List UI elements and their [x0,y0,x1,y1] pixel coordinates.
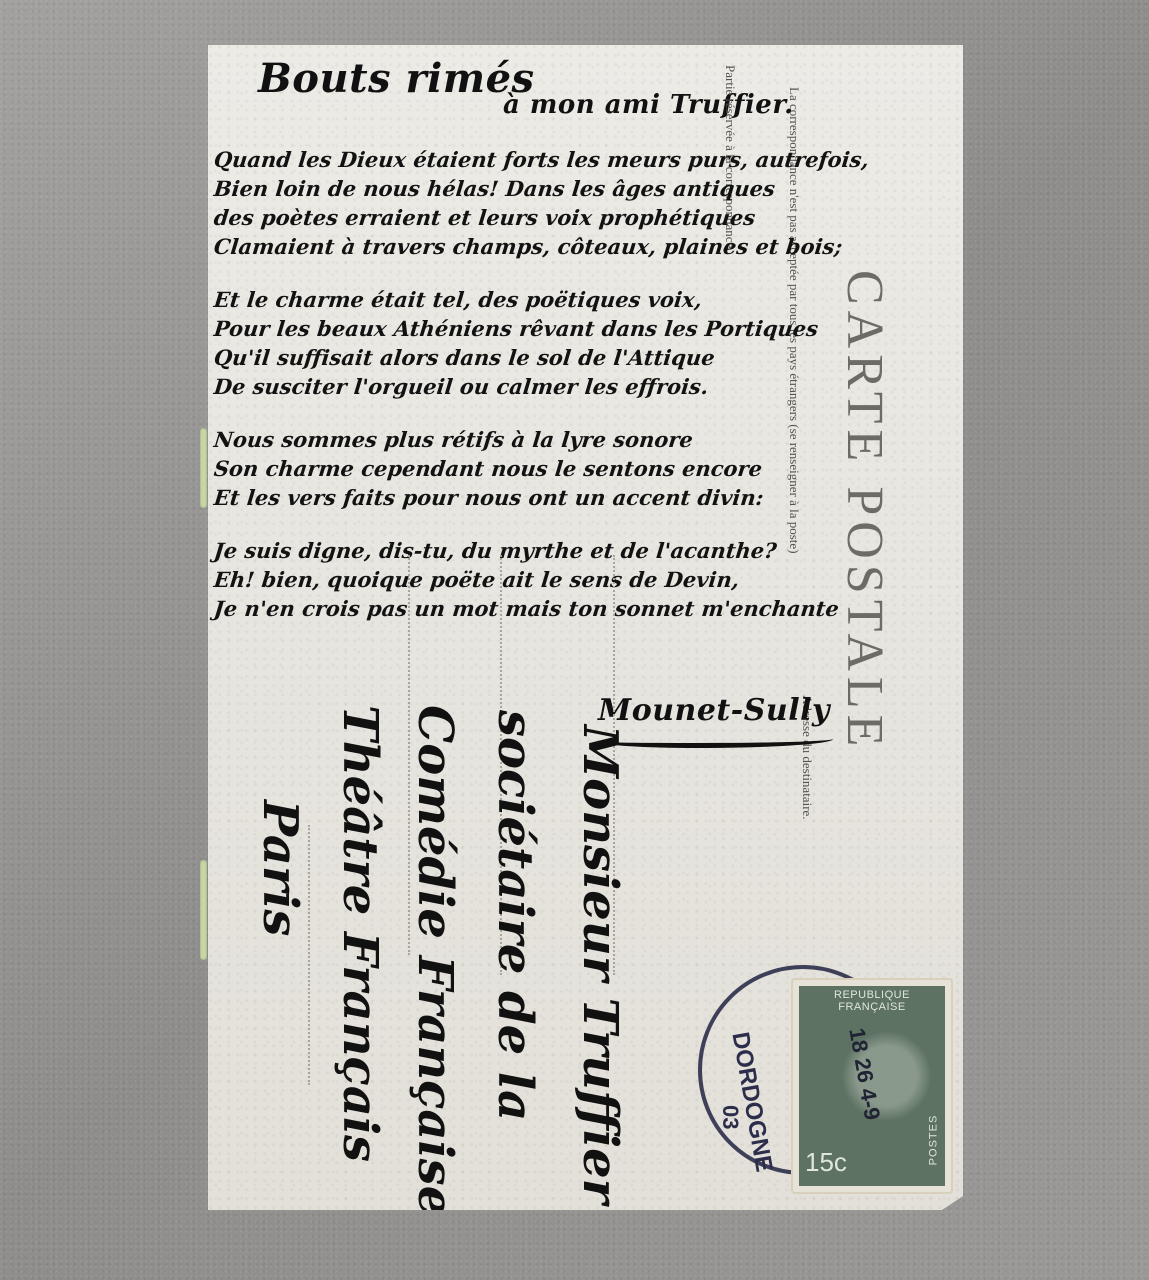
paper-remnant [200,860,207,960]
poem-line: Qu'il suffisait alors dans le sol de l'A… [212,343,960,372]
postmark-date: 18 26 4-9 [843,1026,885,1122]
postmark-department: 03 [717,1105,743,1129]
poem-line: Je n'en crois pas un mot mais ton sonnet… [212,594,960,623]
address-line: Paris [252,800,308,936]
poem-line: De susciter l'orgueil ou calmer les effr… [212,372,960,401]
address-line: sociétaire de la [487,710,543,1121]
address-line: Comédie Française [407,705,463,1216]
stamp-value: 15c [805,1147,847,1178]
paper-remnant [200,428,207,508]
poem: Quand les Dieux étaient forts les meurs … [214,145,959,623]
address-line: Monsieur Truffier [572,725,628,1204]
postcard: Bouts rimés à mon ami Truffier. Partie r… [208,45,963,1210]
poem-line: Je suis digne, dis-tu, du myrthe et de l… [212,536,960,565]
stanza-gap [214,512,959,536]
poem-line: Et le charme était tel, des poëtiques vo… [212,285,960,314]
address-line: Théâtre Français [332,705,388,1162]
poem-line: Clamaient à travers champs, côteaux, pla… [212,232,960,261]
stamp-label: POSTES [928,1115,940,1166]
poem-line: des poètes erraient et leurs voix prophé… [212,203,960,232]
poem-line: Pour les beaux Athéniens rêvant dans les… [212,314,960,343]
stamp-country: REPUBLIQUE FRANÇAISE [803,989,941,1013]
stanza-gap [214,401,959,425]
stanza-gap [214,261,959,285]
poem-line: Bien loin de nous hélas! Dans les âges a… [212,174,960,203]
dedication: à mon ami Truffier. [503,90,794,120]
postcard-title: Bouts rimés [258,55,535,102]
poem-line: Son charme cependant nous le sentons enc… [212,454,960,483]
poem-line: Quand les Dieux étaient forts les meurs … [212,145,960,174]
postage-stamp: REPUBLIQUE FRANÇAISE 15c POSTES 18 26 4-… [793,980,951,1192]
poem-line: Et les vers faits pour nous ont un accen… [212,483,960,512]
poem-line: Nous sommes plus rétifs à la lyre sonore [212,425,960,454]
poem-line: Eh! bien, quoique poëte ait le sens de D… [212,565,960,594]
